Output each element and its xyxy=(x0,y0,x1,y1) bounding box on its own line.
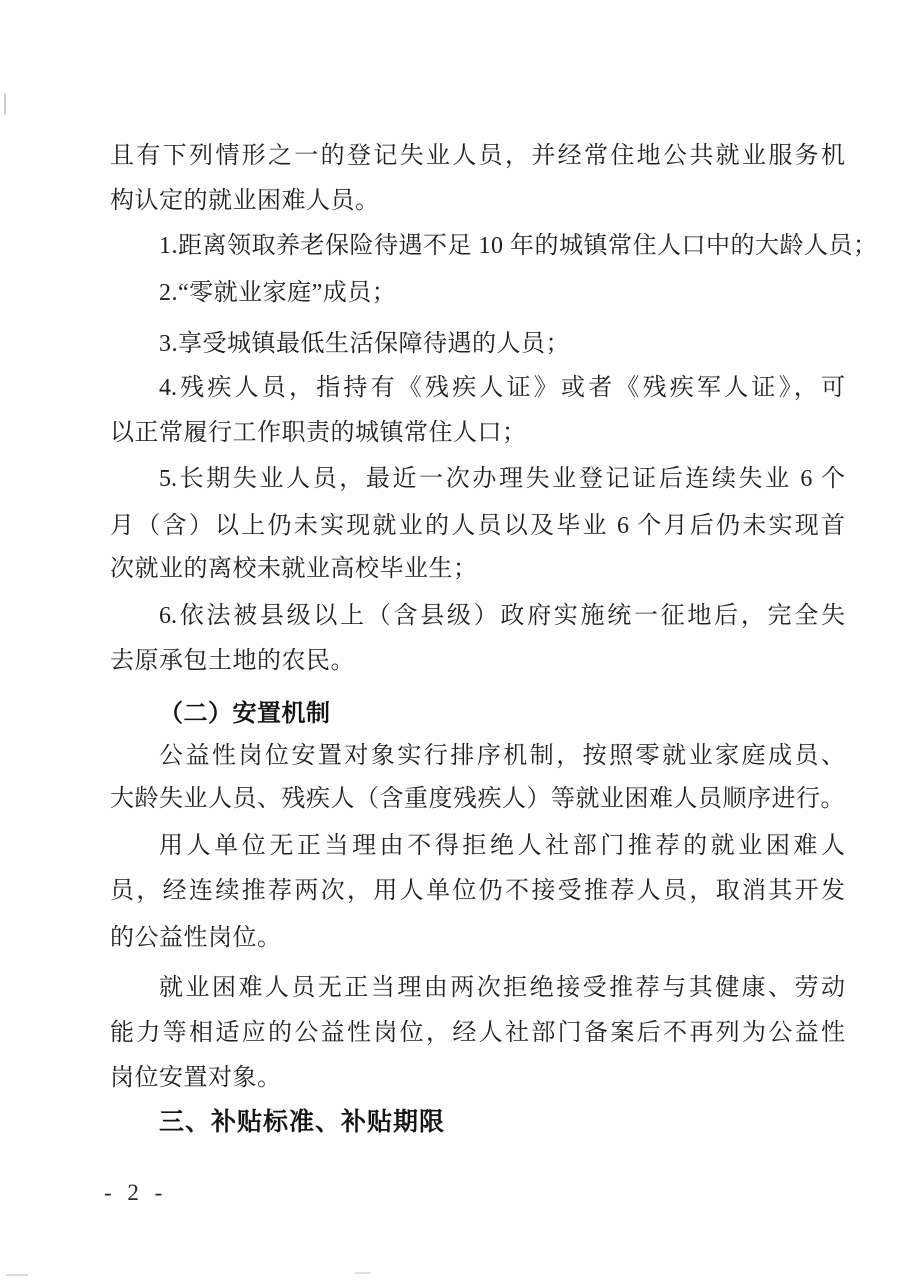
list-item-6: 6.依法被县级以上（含县级）政府实施统一征地后，完全失 xyxy=(110,600,845,632)
list-item-5: 5.长期失业人员，最近一次办理失业登记证后连续失业 6 个 xyxy=(110,463,845,495)
list-item-2: 2.“零就业家庭”成员； xyxy=(110,277,845,309)
text-line: 公益性岗位安置对象实行排序机制，按照零就业家庭成员、 xyxy=(110,740,845,772)
text-line: 构认定的就业困难人员。 xyxy=(110,185,845,217)
list-item-3: 3.享受城镇最低生活保障待遇的人员； xyxy=(110,328,845,360)
text-line: 就业困难人员无正当理由两次拒绝接受推荐与其健康、劳动 xyxy=(110,972,845,1004)
list-item-1: 1.距离领取养老保险待遇不足 10 年的城镇常住人口中的大龄人员； xyxy=(110,230,845,262)
text-line: 用人单位无正当理由不得拒绝人社部门推荐的就业困难人 xyxy=(110,830,845,862)
document-page: 且有下列情形之一的登记失业人员，并经常住地公共就业服务机 构认定的就业困难人员。… xyxy=(0,0,905,1280)
list-item-4: 4.残疾人员，指持有《残疾人证》或者《残疾军人证》，可 xyxy=(110,372,845,404)
text-line: 月（含）以上仍未实现就业的人员以及毕业 6 个月后仍未实现首 xyxy=(110,510,845,542)
page-number: - 2 - xyxy=(104,1180,167,1206)
text-line: 以正常履行工作职责的城镇常住人口； xyxy=(110,417,845,449)
text-line: 大龄失业人员、残疾人（含重度残疾人）等就业困难人员顺序进行。 xyxy=(110,783,845,815)
text-line: 的公益性岗位。 xyxy=(110,922,845,954)
text-line: 次就业的离校未就业高校毕业生； xyxy=(110,553,845,585)
scan-artifact-bottom-left xyxy=(6,1274,28,1276)
text-line: 去原承包土地的农民。 xyxy=(110,645,845,677)
scan-artifact-bottom-center xyxy=(355,1272,371,1274)
chapter-heading-subsidy-standards: 三、补贴标准、补贴期限 xyxy=(110,1106,845,1138)
text-line: 且有下列情形之一的登记失业人员，并经常住地公共就业服务机 xyxy=(110,140,845,172)
text-line: 员，经连续推荐两次，用人单位仍不接受推荐人员，取消其开发 xyxy=(110,875,845,907)
text-line: 能力等相适应的公益性岗位，经人社部门备案后不再列为公益性 xyxy=(110,1017,845,1049)
text-line: 岗位安置对象。 xyxy=(110,1062,845,1094)
section-heading-placement-mechanism: （二）安置机制 xyxy=(110,698,845,730)
scan-artifact-left-edge xyxy=(4,93,6,115)
